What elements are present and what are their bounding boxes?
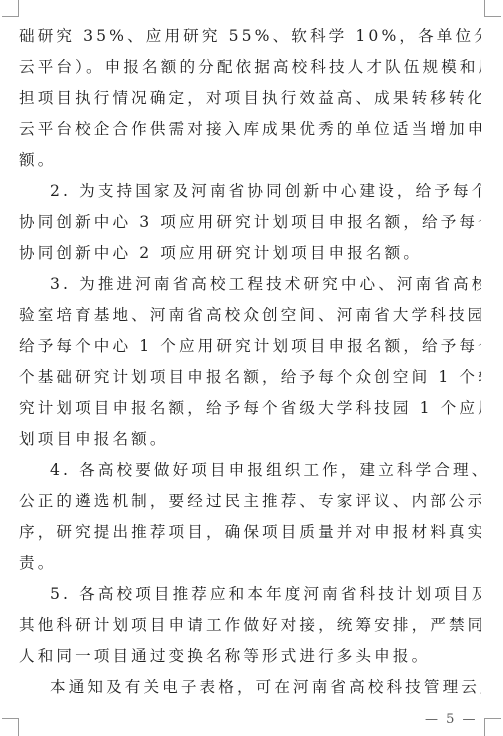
- paragraph-2-start: 2. 为支持国家及河南省协同创新中心建设，给予每个国家级: [19, 176, 481, 207]
- paragraph-3-start: 3. 为推进河南省高校工程技术研究中心、河南省高校重点实: [19, 269, 481, 300]
- crop-mark-top-right: [484, 0, 501, 17]
- document-body: 础研究 35%、应用研究 55%、软科学 10%，各单位分配名额详见 云平台）。…: [19, 21, 481, 703]
- text-line: 额。: [19, 145, 481, 176]
- page-number: — 5 —: [425, 712, 478, 727]
- text-line: 公正的遴选机制，要经过民主推荐、专家评议、内部公示等程: [19, 486, 481, 517]
- text-line: 验室培育基地、河南省高校众创空间、河南省大学科技园建设，: [19, 300, 481, 331]
- text-line: 究计划项目申报名额，给予每个省级大学科技园 1 个应用研究计: [19, 393, 481, 424]
- text-line: 责。: [19, 548, 481, 579]
- paragraph-4-start: 4. 各高校要做好项目申报组织工作，建立科学合理、客观: [19, 455, 481, 486]
- closing-paragraph-start: 本通知及有关电子表格，可在河南省高校科技管理云服务平: [19, 672, 481, 703]
- crop-mark-bottom-left: [2, 718, 19, 736]
- text-line: 协同创新中心 3 项应用研究计划项目申报名额，给予每个河南省: [19, 207, 481, 238]
- text-line: 协同创新中心 2 项应用研究计划项目申报名额。: [19, 238, 481, 269]
- text-line: 础研究 35%、应用研究 55%、软科学 10%，各单位分配名额详见: [19, 21, 481, 52]
- text-line: 其他科研计划项目申请工作做好对接，统筹安排，严禁同一负责: [19, 610, 481, 641]
- text-line: 给予每个中心 1 个应用研究计划项目申报名额，给予每个基地 1: [19, 331, 481, 362]
- text-line: 担项目执行情况确定，对项目执行效益高、成果转移转化突出及: [19, 83, 481, 114]
- text-line: 划项目申报名额。: [19, 424, 481, 455]
- document-page: 础研究 35%、应用研究 55%、软科学 10%，各单位分配名额详见 云平台）。…: [0, 0, 503, 736]
- text-line: 个基础研究计划项目申报名额，给予每个众创空间 1 个软科学研: [19, 362, 481, 393]
- crop-mark-top-left: [2, 0, 19, 17]
- paragraph-5-start: 5. 各高校项目推荐应和本年度河南省科技计划项目及教育厅: [19, 579, 481, 610]
- text-line: 人和同一项目通过变换名称等形式进行多头申报。: [19, 641, 481, 672]
- text-line: 序，研究提出推荐项目，确保项目质量并对申报材料真实性负: [19, 517, 481, 548]
- text-line: 云平台校企合作供需对接入库成果优秀的单位适当增加申报名: [19, 114, 481, 145]
- text-line: 云平台）。申报名额的分配依据高校科技人才队伍规模和历年承: [19, 52, 481, 83]
- crop-mark-bottom-right: [484, 718, 501, 736]
